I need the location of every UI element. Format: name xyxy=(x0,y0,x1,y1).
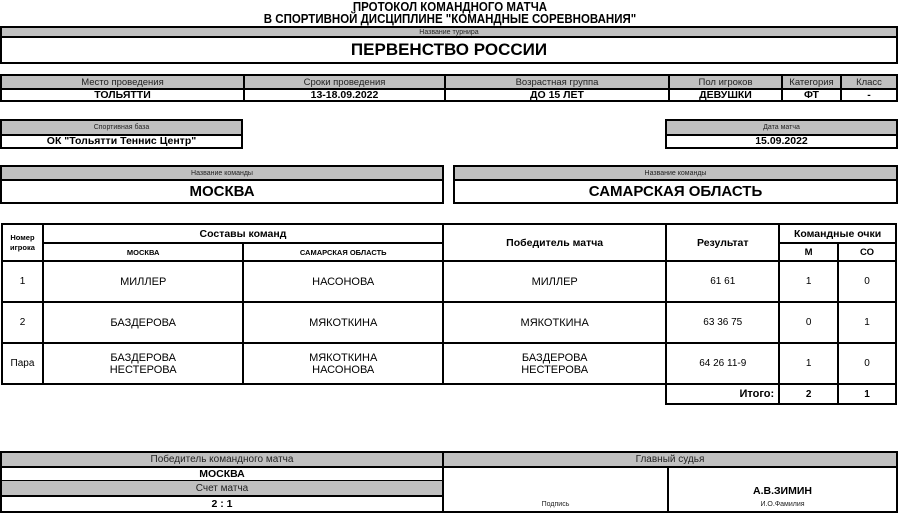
total-label: Итого: xyxy=(666,384,779,404)
venue-label: Место проведения xyxy=(2,76,243,88)
team-winner-label: Победитель командного матча xyxy=(2,453,442,466)
match-score-label: Счет матча xyxy=(2,481,442,495)
protocol-title-line2: В СПОРТИВНОЙ ДИСЦИПЛИНЕ "КОМАНДНЫЕ СОРЕВ… xyxy=(36,14,864,25)
team-points-header: Командные очки xyxy=(779,224,896,243)
points-team1: 1 xyxy=(779,261,838,302)
points-team2-header: СО xyxy=(838,243,896,261)
result-header: Результат xyxy=(666,224,779,261)
points-team2: 0 xyxy=(838,261,896,302)
team2-pair-player-b: НАСОНОВА xyxy=(244,364,442,376)
table-row: 1 МИЛЛЕР НАСОНОВА МИЛЛЕР 61 61 1 0 xyxy=(2,261,896,302)
team1-pair: БАЗДЕРОВА НЕСТЕРОВА xyxy=(43,343,244,384)
venue-value: ТОЛЬЯТТИ xyxy=(2,89,243,100)
category-value: ФТ xyxy=(783,89,840,100)
points-team1: 0 xyxy=(779,302,838,343)
dates-value: 13-18.09.2022 xyxy=(245,89,444,100)
match-winner: МЯКОТКИНА xyxy=(443,302,666,343)
chief-judge-name: А.В.ЗИМИН xyxy=(669,485,896,497)
sports-base-label: Спортивная база xyxy=(2,121,241,134)
info-block: Место проведения ТОЛЬЯТТИ Сроки проведен… xyxy=(0,74,898,102)
team2-block: Название команды САМАРСКАЯ ОБЛАСТЬ xyxy=(453,165,898,204)
winner-pair-player-b: НЕСТЕРОВА xyxy=(444,364,665,376)
match-result: 64 26 11-9 xyxy=(666,343,779,384)
dates-label: Сроки проведения xyxy=(245,76,444,88)
team2-player: МЯКОТКИНА xyxy=(243,302,443,343)
match-score-value: 2 : 1 xyxy=(2,496,442,511)
age-group-value: ДО 15 ЛЕТ xyxy=(446,89,668,100)
points-team2: 1 xyxy=(838,302,896,343)
team2-player: НАСОНОВА xyxy=(243,261,443,302)
match-date-block: Дата матча 15.09.2022 xyxy=(665,119,898,149)
table-row: 2 БАЗДЕРОВА МЯКОТКИНА МЯКОТКИНА 63 36 75… xyxy=(2,302,896,343)
team-match-winner-block: Победитель командного матча МОСКВА Счет … xyxy=(0,451,444,513)
tournament-label: Название турнира xyxy=(2,28,896,36)
class-value: - xyxy=(842,89,896,100)
match-winner-pair: БАЗДЕРОВА НЕСТЕРОВА xyxy=(443,343,666,384)
gender-label: Пол игроков xyxy=(670,76,781,88)
team2-label: Название команды xyxy=(455,167,896,179)
match-result: 63 36 75 xyxy=(666,302,779,343)
roster-team2-header: САМАРСКАЯ ОБЛАСТЬ xyxy=(243,243,443,261)
team1-label: Название команды xyxy=(2,167,442,179)
total-points-team2: 1 xyxy=(838,384,896,404)
player-number: 2 xyxy=(2,302,43,343)
sports-base-block: Спортивная база ОК "Тольятти Теннис Цент… xyxy=(0,119,243,149)
team2-name: САМАРСКАЯ ОБЛАСТЬ xyxy=(455,180,896,202)
gender-value: ДЕВУШКИ xyxy=(670,89,781,100)
signature-caption: Подпись xyxy=(444,499,667,509)
tournament-name: ПЕРВЕНСТВО РОССИИ xyxy=(2,37,896,62)
match-winner: МИЛЛЕР xyxy=(443,261,666,302)
team-winner-value: МОСКВА xyxy=(2,467,442,480)
player-number-header: Номер игрока xyxy=(2,224,43,261)
points-team1: 1 xyxy=(779,343,838,384)
class-label: Класс xyxy=(842,76,896,88)
chief-judge-block: Главный судья Подпись А.В.ЗИМИН И.О.Фами… xyxy=(442,451,898,513)
roster-team1-header: МОСКВА xyxy=(43,243,244,261)
category-label: Категория xyxy=(783,76,840,88)
total-points-team1: 2 xyxy=(779,384,838,404)
match-date-value: 15.09.2022 xyxy=(667,135,896,147)
chief-judge-label: Главный судья xyxy=(444,453,896,466)
team2-pair-player-a: МЯКОТКИНА xyxy=(244,352,442,364)
tournament-block: Название турнира ПЕРВЕНСТВО РОССИИ xyxy=(0,26,898,64)
points-team2: 0 xyxy=(838,343,896,384)
rosters-header: Составы команд xyxy=(43,224,443,243)
sports-base-value: ОК "Тольятти Теннис Центр" xyxy=(2,135,241,147)
match-results-table: Номер игрока Составы команд Победитель м… xyxy=(1,223,897,405)
player-number: Пара xyxy=(2,343,43,384)
match-winner-header: Победитель матча xyxy=(443,224,666,261)
team1-player: МИЛЛЕР xyxy=(43,261,244,302)
player-number: 1 xyxy=(2,261,43,302)
match-result: 61 61 xyxy=(666,261,779,302)
team1-name: МОСКВА xyxy=(2,180,442,202)
match-date-label: Дата матча xyxy=(667,121,896,134)
team2-pair: МЯКОТКИНА НАСОНОВА xyxy=(243,343,443,384)
winner-pair-player-a: БАЗДЕРОВА xyxy=(444,352,665,364)
team1-block: Название команды МОСКВА xyxy=(0,165,444,204)
table-row: Пара БАЗДЕРОВА НЕСТЕРОВА МЯКОТКИНА НАСОН… xyxy=(2,343,896,384)
age-group-label: Возрастная группа xyxy=(446,76,668,88)
points-team1-header: М xyxy=(779,243,838,261)
team1-pair-player-b: НЕСТЕРОВА xyxy=(44,364,243,376)
team1-pair-player-a: БАЗДЕРОВА xyxy=(44,352,243,364)
name-caption: И.О.Фамилия xyxy=(669,499,896,509)
team1-player: БАЗДЕРОВА xyxy=(43,302,244,343)
